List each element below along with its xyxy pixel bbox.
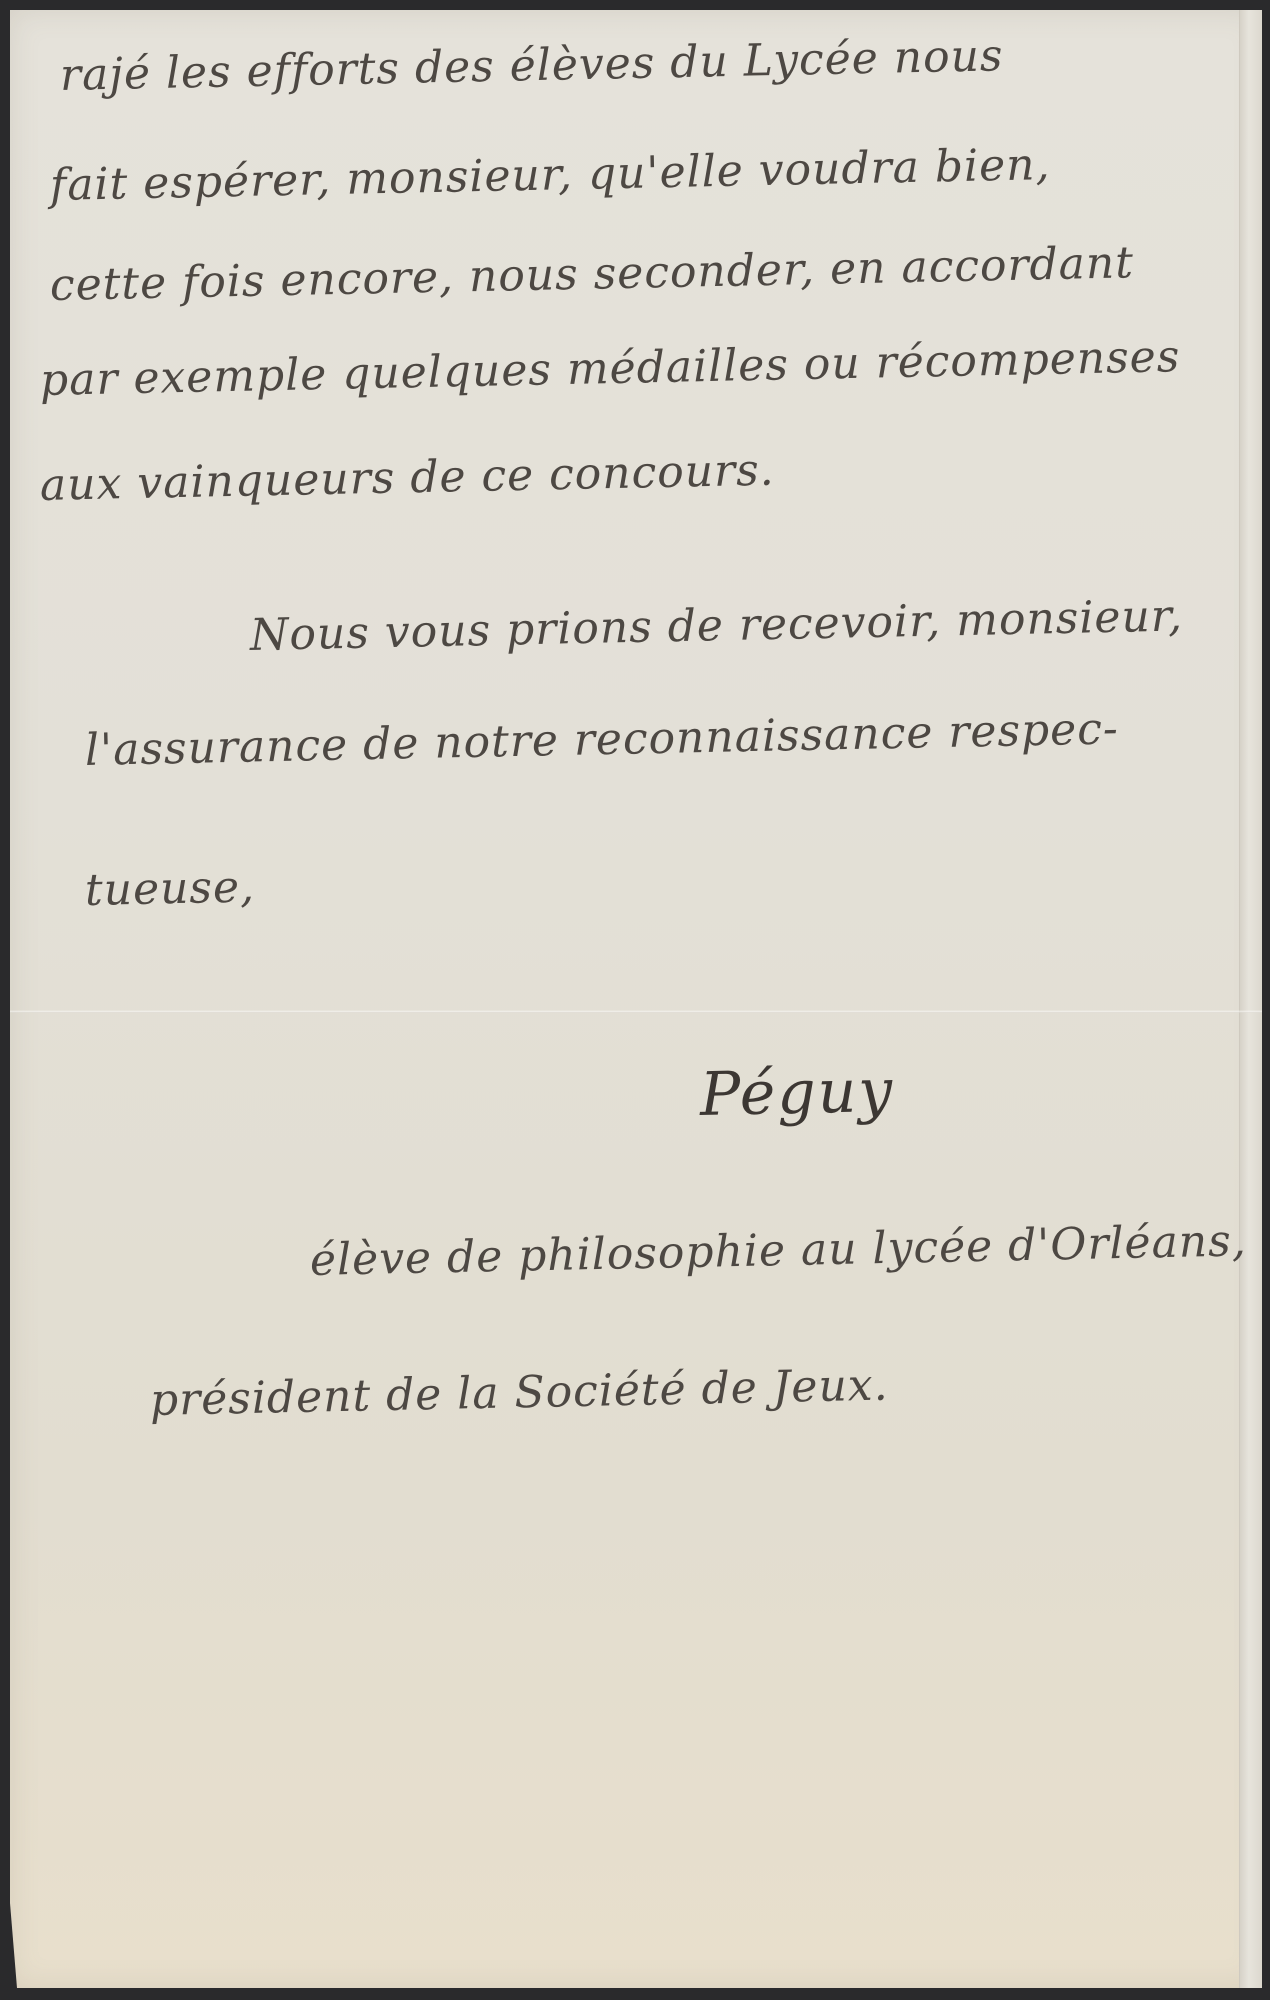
letter-line: cette fois encore, nous seconder, en acc… bbox=[49, 237, 1134, 311]
letter-line: par exemple quelques médailles ou récomp… bbox=[39, 331, 1180, 406]
signature: Péguy bbox=[699, 1056, 895, 1130]
letter-line: Nous vous prions de recevoir, monsieur, bbox=[249, 590, 1183, 661]
signature-title-line: président de la Société de Jeux. bbox=[149, 1360, 889, 1426]
page-gutter bbox=[1239, 10, 1262, 1988]
letter-line: tueuse, bbox=[84, 861, 255, 916]
paper-fold-line bbox=[10, 1010, 1262, 1013]
signature-title-line: élève de philosophie au lycée d'Orléans, bbox=[309, 1215, 1247, 1286]
document-scan: rajé les efforts des élèves du Lycée nou… bbox=[0, 0, 1270, 2000]
letter-line: aux vainqueurs de ce concours. bbox=[39, 445, 775, 511]
letter-line: fait espérer, monsieur, qu'elle voudra b… bbox=[49, 139, 1050, 211]
paper-sheet: rajé les efforts des élèves du Lycée nou… bbox=[10, 10, 1262, 1988]
letter-line: l'assurance de notre reconnaissance resp… bbox=[84, 703, 1119, 776]
letter-line: rajé les efforts des élèves du Lycée nou… bbox=[59, 30, 1003, 101]
